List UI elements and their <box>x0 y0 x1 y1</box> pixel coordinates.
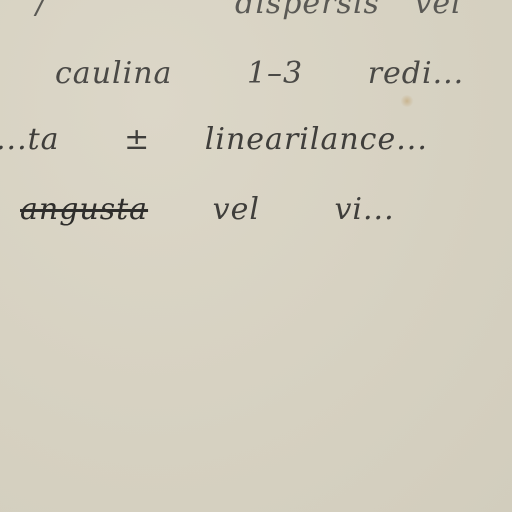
manuscript-line-4: angusta vel vi... <box>0 192 419 227</box>
word-vel: vel <box>213 192 260 227</box>
word-linearilance: linearilance... <box>205 122 428 157</box>
word-dispersis: dispersis <box>235 0 380 21</box>
manuscript-line-1: / ...dis dispersis vel <box>0 0 486 21</box>
word-caulina: caulina <box>55 56 172 91</box>
word-angusta-struck: angusta <box>20 192 148 227</box>
word-vi: vi... <box>334 192 394 227</box>
word-redi: redi... <box>368 56 465 91</box>
word-range: 1–3 <box>247 56 303 91</box>
word-ta: ...ta <box>0 122 60 157</box>
paper-stain <box>400 95 414 107</box>
manuscript-line-2: caulina 1–3 redi... <box>10 56 488 91</box>
word-plusminus: ± <box>124 122 150 157</box>
word-vel: vel <box>414 0 461 21</box>
manuscript-line-3: ...ta ± linearilance... <box>0 122 452 157</box>
mark: / <box>36 0 47 21</box>
